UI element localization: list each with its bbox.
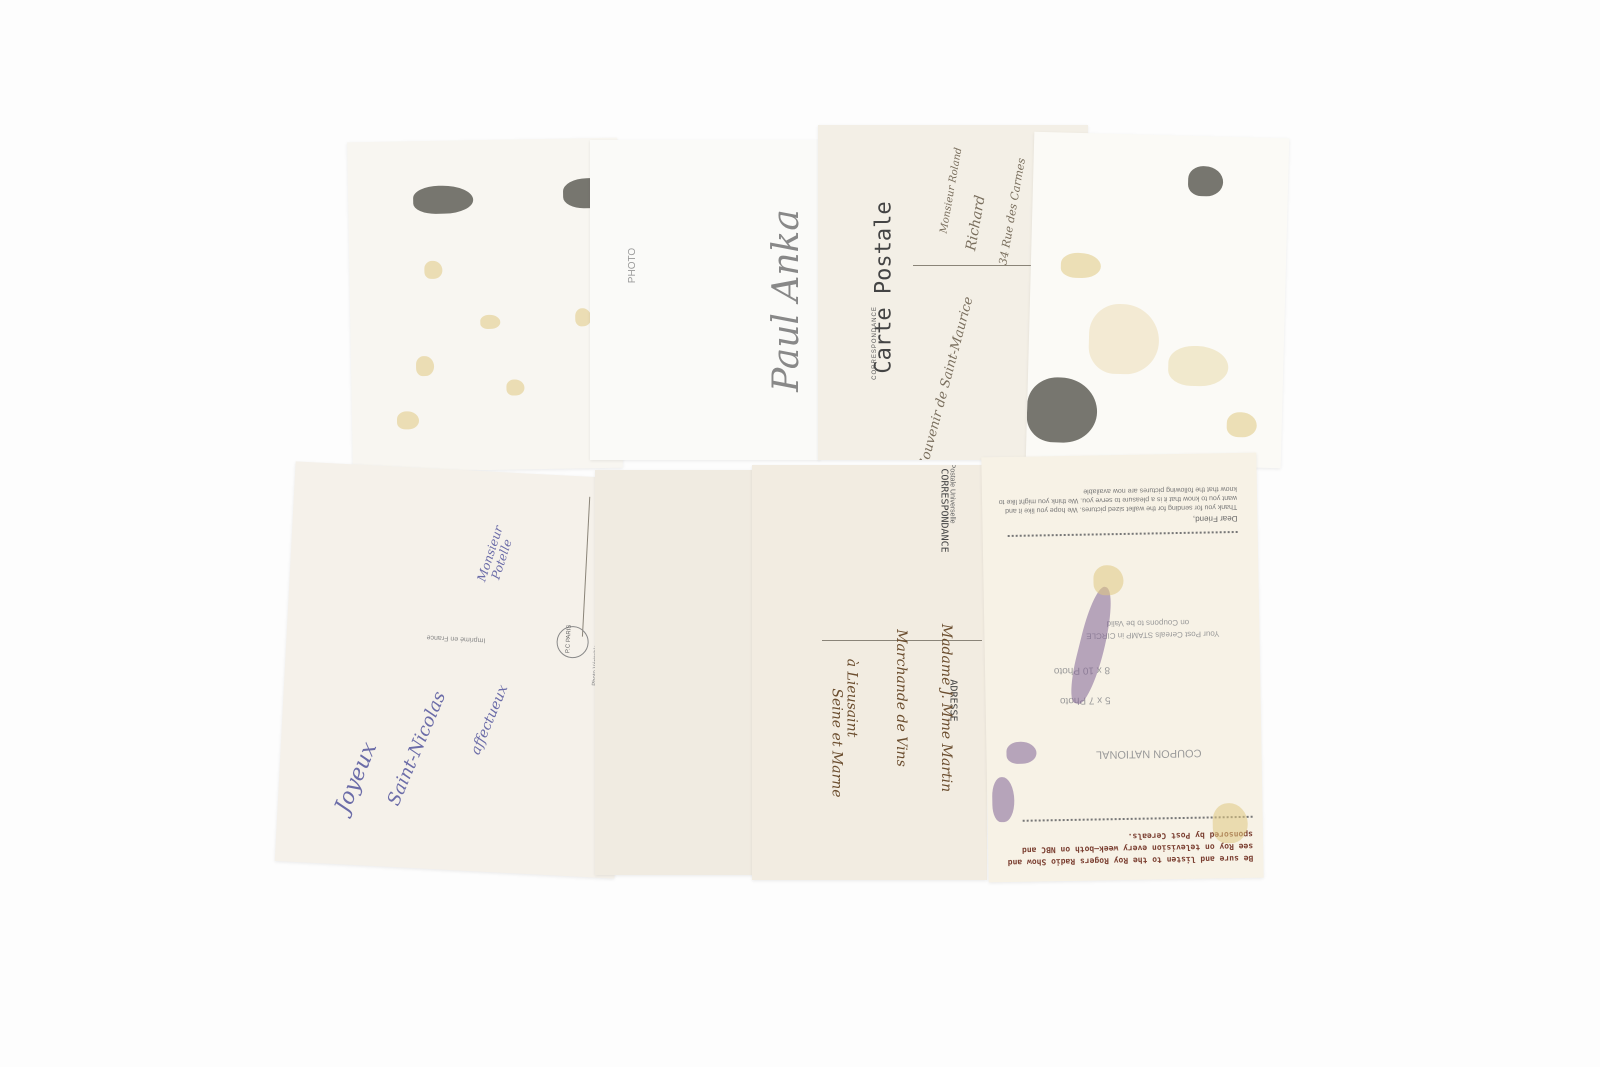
- postcard-bottom-left: Imprimé en France P.C PARIS Photo Vérita…: [275, 461, 635, 878]
- handwriting: affectueux: [468, 683, 512, 758]
- glue-stain: [1088, 303, 1160, 375]
- glue-stain: [480, 315, 500, 329]
- divider: [582, 497, 590, 637]
- handwriting: Souvenir de Saint-Maurice: [916, 295, 976, 460]
- footer-line: see Roy on television every week—both on…: [1022, 842, 1253, 855]
- glue-stain: [506, 379, 524, 395]
- stamp-box: [556, 625, 590, 659]
- publisher: Union Postale Universelle: [949, 465, 956, 524]
- body-text: Thank you for sending for the wallet siz…: [997, 484, 1237, 515]
- postcard-roy-rogers: Be sure and listen to the Roy Rogers Rad…: [981, 453, 1263, 883]
- salutation: Dear Friend,: [1193, 514, 1238, 524]
- glue-stain: [1212, 803, 1248, 844]
- address-line: 34 Rue des Carmes: [996, 157, 1028, 266]
- address-line: Madame J. Mme Martin: [938, 624, 954, 792]
- photo-background: { "scene": { "description": "Photograph …: [0, 0, 1600, 1067]
- address-line: à Lieusaint: [843, 659, 859, 738]
- glue-stain: [1093, 565, 1124, 596]
- address-line: Marchande de Vins: [893, 629, 909, 767]
- glue-stain: [575, 308, 591, 326]
- address-line: Seine et Marne: [829, 688, 845, 797]
- postcard-bottom-middle: [595, 470, 770, 875]
- postcard-top-right: [1026, 132, 1290, 469]
- coupon-heading: COUPON NATIONAL: [1096, 747, 1202, 761]
- paper-residue: [1188, 166, 1224, 197]
- address-line: Richard: [963, 194, 988, 252]
- postcard-top-left: [347, 138, 623, 473]
- imprint: Imprimé en France: [427, 633, 486, 643]
- signature: Paul Anka: [766, 209, 807, 392]
- postcard-signed: PHOTO Paul Anka: [590, 140, 820, 460]
- handwriting: Joyeux: [330, 738, 382, 816]
- perforation: [1008, 531, 1238, 537]
- ink-stain: [1006, 742, 1036, 765]
- paper-residue: [1026, 377, 1098, 444]
- glue-residue: [413, 185, 473, 214]
- printed-label: PHOTO: [627, 248, 638, 283]
- postcard-correspondance: CORRESPONDANCE ADRESSE Union Postale Uni…: [752, 465, 987, 880]
- handwriting: Saint-Nicolas: [383, 688, 450, 808]
- instructions: on Coupons to be Valid: [1107, 618, 1190, 628]
- glue-stain: [416, 356, 434, 376]
- glue-stain: [1226, 412, 1257, 438]
- glue-stain: [424, 261, 442, 279]
- glue-stain: [1168, 345, 1229, 387]
- footer-line: Be sure and listen to the Roy Rogers Rad…: [1008, 854, 1254, 867]
- address-line: Monsieur Roland: [938, 147, 964, 234]
- correspondance-label: CORRESPONDANCE: [872, 306, 878, 380]
- glue-stain: [397, 411, 419, 429]
- glue-stain: [1061, 252, 1102, 278]
